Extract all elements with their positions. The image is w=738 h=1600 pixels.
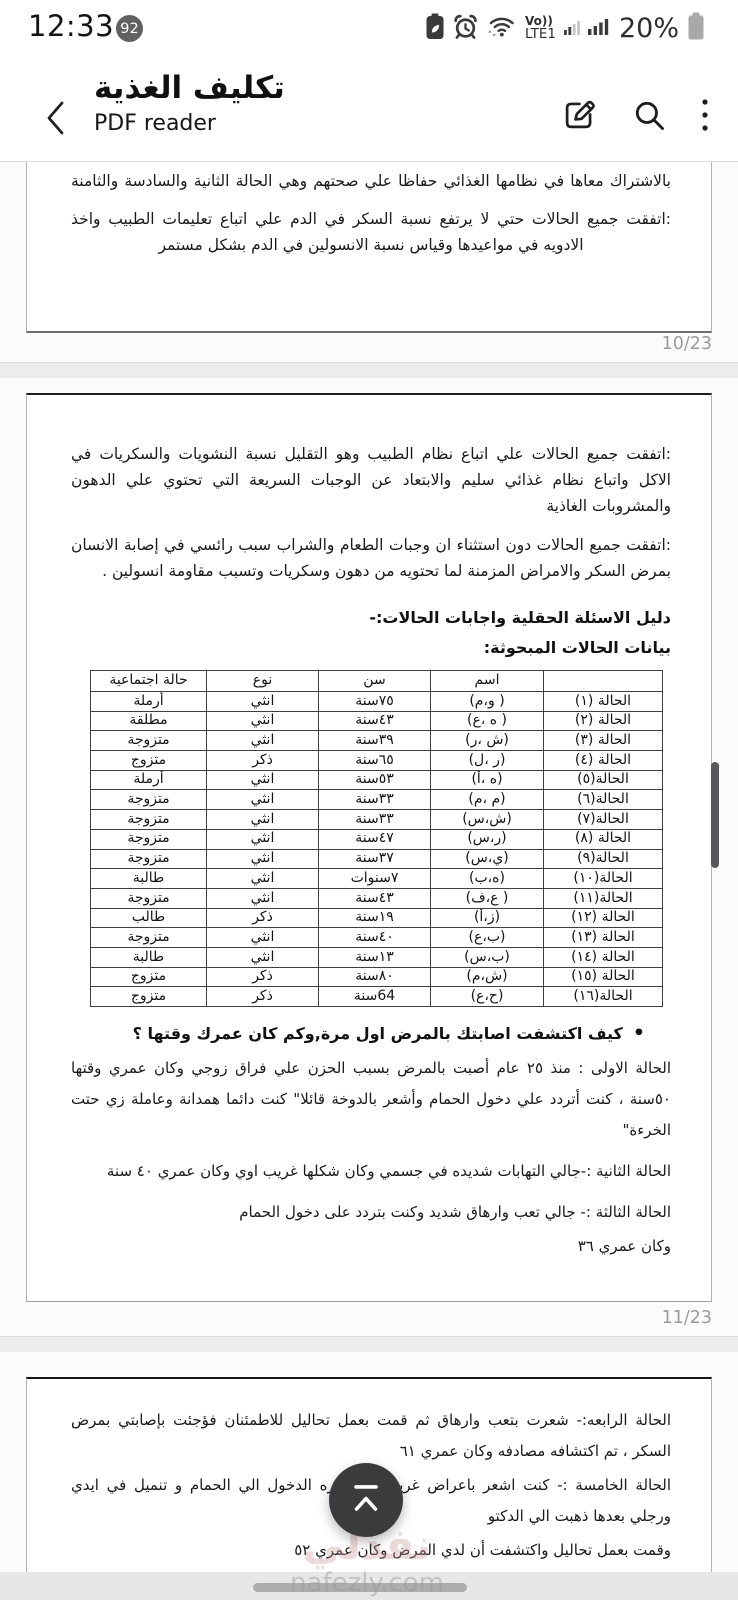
app-bar-actions bbox=[560, 96, 710, 134]
paragraph: الحالة الرابعه:- شعرت بتعب وارهاق ثم قمت… bbox=[71, 1405, 671, 1467]
table-cell: متزوجة bbox=[91, 928, 207, 948]
table-row: الحالة(٧)(ش،س)٣٣سنةانثيمتزوجة bbox=[91, 810, 663, 830]
page-number-indicator: 11/23 bbox=[662, 1308, 712, 1328]
table-cell: (ز،أ) bbox=[431, 908, 544, 928]
wifi-icon bbox=[486, 12, 517, 44]
table-cell: أرملة bbox=[91, 770, 207, 790]
table-cell: ٣٩سنة bbox=[319, 731, 431, 751]
table-row: الحالة (١٤)(ب،س)١٣سنةانثيطالبة bbox=[91, 947, 663, 967]
answer-paragraph: الحالة الثالثة :- جالي تعب وارهاق شديد و… bbox=[71, 1197, 671, 1228]
table-row: الحالة (٣)(ش ،ر)٣٩سنةانثيمتزوجة bbox=[91, 731, 663, 751]
paragraph: بالاشتراك معاها في نظامها الغذائي حفاظا … bbox=[71, 168, 671, 194]
table-cell: طالبة bbox=[91, 869, 207, 889]
table-row: الحالة (١٥)(ش،م)٨٠سنةذكرمتزوج bbox=[91, 967, 663, 987]
table-cell: ٣٣سنة bbox=[319, 810, 431, 830]
paragraph: وقمت بعمل تحاليل واكتشفت أن لدي المرض وك… bbox=[71, 1537, 671, 1563]
page-separator bbox=[0, 362, 738, 378]
table-cell: متزوج bbox=[91, 987, 207, 1007]
table-cell: ( ع،ف) bbox=[431, 888, 544, 908]
table-cell: انثي bbox=[207, 711, 319, 731]
table-cell: الحالة (٤) bbox=[544, 751, 663, 771]
table-cell: انثي bbox=[207, 947, 319, 967]
table-cell: الحالة (٨) bbox=[544, 829, 663, 849]
paragraph: :اتفقت جميع الحالات دون استثناء ان وجبات… bbox=[71, 532, 671, 584]
table-cell: انثي bbox=[207, 770, 319, 790]
overflow-menu-button[interactable] bbox=[700, 96, 710, 134]
status-bar: 12:33 92 Vo) bbox=[0, 0, 738, 56]
phone-screen: 12:33 92 Vo) bbox=[0, 0, 738, 1600]
table-cell: ٦٥سنة bbox=[319, 751, 431, 771]
table-row: الحالة (٤)(ر ،ل)٦٥سنةذكرمتزوج bbox=[91, 751, 663, 771]
scroll-to-top-icon bbox=[347, 1480, 385, 1520]
answer-paragraph: وكان عمري ٣٦ bbox=[71, 1231, 671, 1262]
table-cell: (ش،م) bbox=[431, 967, 544, 987]
table-cell: انثي bbox=[207, 692, 319, 712]
table-header-cell: اسم bbox=[431, 671, 544, 692]
table-row: الحالة(٥)(ه ،أ)٥٣سنةانثيأرملة bbox=[91, 770, 663, 790]
table-cell: انثي bbox=[207, 869, 319, 889]
back-button[interactable] bbox=[38, 96, 74, 144]
document-title: تكليف الغذية bbox=[94, 68, 285, 108]
table-cell: متزوجة bbox=[91, 888, 207, 908]
table-row: الحالة (١٣)(ب،ع)٤٠سنةانثيمتزوجة bbox=[91, 928, 663, 948]
search-button[interactable] bbox=[631, 97, 667, 133]
table-cell: (ه،ب) bbox=[431, 869, 544, 889]
battery-icon bbox=[686, 11, 706, 45]
table-cell: متزوجة bbox=[91, 810, 207, 830]
section-heading: دليل الاسئلة الحقلية واجابات الحالات:- bbox=[71, 608, 671, 627]
table-cell: متزوج bbox=[91, 967, 207, 987]
table-cell: ٤٠سنة bbox=[319, 928, 431, 948]
volte-label: Vo)) bbox=[525, 15, 553, 27]
table-cell: متزوجة bbox=[91, 849, 207, 869]
table-cell: انثي bbox=[207, 849, 319, 869]
table-cell: انثي bbox=[207, 928, 319, 948]
bottom-scroll-pill bbox=[253, 1583, 467, 1592]
table-row: الحالة (١٢)(ز،أ)١٩سنةذكرطالب bbox=[91, 908, 663, 928]
table-cell: ( ه ،ع) bbox=[431, 711, 544, 731]
table-cell: ذكر bbox=[207, 751, 319, 771]
table-cell: ٤٣سنة bbox=[319, 888, 431, 908]
table-cell: انثي bbox=[207, 790, 319, 810]
table-cell: الحالة(٦) bbox=[544, 790, 663, 810]
scrollbar-thumb[interactable] bbox=[711, 762, 719, 868]
table-cell: ( و،م) bbox=[431, 692, 544, 712]
question-line: • كيف اكتشفت اصابتك بالمرض اول مرة,وكم ك… bbox=[71, 1024, 645, 1043]
app-name: PDF reader bbox=[94, 111, 285, 136]
table-header-row: اسم سن نوع حالة اجتماعية bbox=[91, 671, 663, 692]
table-cell: ٣٧سنة bbox=[319, 849, 431, 869]
status-icons: Vo)) LTE1 20% bbox=[425, 11, 706, 45]
bullet-icon: • bbox=[633, 1024, 645, 1043]
table-cell: (ح،ع) bbox=[431, 987, 544, 1007]
back-icon bbox=[41, 129, 71, 144]
pdf-page-11: :اتفقت جميع الحالات علي اتباع نظام الطبي… bbox=[26, 393, 712, 1302]
table-header-cell: نوع bbox=[207, 671, 319, 692]
table-cell: ٧٥سنة bbox=[319, 692, 431, 712]
table-cell: الحالة(١١) bbox=[544, 888, 663, 908]
table-cell: (ر ،ل) bbox=[431, 751, 544, 771]
battery-saver-icon bbox=[425, 13, 445, 44]
table-cell: الحالة(٥) bbox=[544, 770, 663, 790]
paragraph: :اتفقت جميع الحالات علي اتباع نظام الطبي… bbox=[71, 441, 671, 519]
table-cell: (ب،س) bbox=[431, 947, 544, 967]
search-icon bbox=[631, 122, 667, 137]
table-header-cell: حالة اجتماعية bbox=[91, 671, 207, 692]
table-cell: متزوجة bbox=[91, 731, 207, 751]
edit-icon bbox=[560, 123, 598, 138]
table-cell: متزوج bbox=[91, 751, 207, 771]
scroll-to-top-button[interactable] bbox=[329, 1463, 403, 1537]
notification-count-badge: 92 bbox=[116, 15, 143, 42]
pdf-page-10: بالاشتراك معاها في نظامها الغذائي حفاظا … bbox=[26, 162, 712, 333]
table-cell: (ب،ع) bbox=[431, 928, 544, 948]
table-cell: ٤٧سنة bbox=[319, 829, 431, 849]
table-cell: (م ،م) bbox=[431, 790, 544, 810]
table-cell: الحالة(١٦) bbox=[544, 987, 663, 1007]
table-row: الحالة(٦)(م ،م)٣٣سنةانثيمتزوجة bbox=[91, 790, 663, 810]
table-cell: (ش ،ر) bbox=[431, 731, 544, 751]
table-cell: الحالة (٣) bbox=[544, 731, 663, 751]
table-cell: الحالة(٩) bbox=[544, 849, 663, 869]
table-cell: أرملة bbox=[91, 692, 207, 712]
table-header-cell bbox=[544, 671, 663, 692]
table-row: الحالة(٩)(ي،س)٣٧سنةانثيمتزوجة bbox=[91, 849, 663, 869]
table-row: الحالة(١١)( ع،ف)٤٣سنةانثيمتزوجة bbox=[91, 888, 663, 908]
table-cell: انثي bbox=[207, 829, 319, 849]
table-cell: ١٩سنة bbox=[319, 908, 431, 928]
page-number-indicator: 10/23 bbox=[662, 334, 712, 354]
signal-icon bbox=[588, 16, 610, 40]
table-cell: الحالة(١٠) bbox=[544, 869, 663, 889]
table-cell: ٨٠سنة bbox=[319, 967, 431, 987]
question-text: كيف اكتشفت اصابتك بالمرض اول مرة,وكم كان… bbox=[133, 1024, 623, 1043]
table-cell: الحالة (١٣) bbox=[544, 928, 663, 948]
table-cell: ذكر bbox=[207, 967, 319, 987]
table-cell: ٣٣سنة bbox=[319, 790, 431, 810]
table-cell: الحالة (١٥) bbox=[544, 967, 663, 987]
table-cell: 64سنة bbox=[319, 987, 431, 1007]
cases-table: اسم سن نوع حالة اجتماعية الحالة (١)( و،م… bbox=[90, 670, 663, 1007]
table-cell: ٧سنوات bbox=[319, 869, 431, 889]
answer-paragraph: الحالة الثانية :-جالي التهابات شديده في … bbox=[71, 1156, 671, 1187]
table-row: الحالة(١٦)(ح،ع)64سنةذكرمتزوج bbox=[91, 987, 663, 1007]
table-cell: (ي،س) bbox=[431, 849, 544, 869]
page-separator bbox=[0, 1336, 738, 1352]
table-cell: ٤٣سنة bbox=[319, 711, 431, 731]
battery-percent: 20% bbox=[619, 13, 679, 44]
cases-table-body: الحالة (١)( و،م)٧٥سنةانثيأرملةالحالة (٢)… bbox=[91, 692, 663, 1007]
lte-label: LTE1 bbox=[525, 28, 556, 42]
table-cell: الحالة (١) bbox=[544, 692, 663, 712]
table-header-cell: سن bbox=[319, 671, 431, 692]
section-subheading: بيانات الحالات المبحوثة: bbox=[71, 638, 671, 657]
paragraph: :اتفقت جميع الحالات حتي لا يرتفع نسبة ال… bbox=[71, 206, 671, 258]
table-cell: متزوجة bbox=[91, 790, 207, 810]
table-cell: ذكر bbox=[207, 908, 319, 928]
document-titles: تكليف الغذية PDF reader bbox=[94, 68, 285, 136]
table-cell: انثي bbox=[207, 731, 319, 751]
volte-signal-icon bbox=[564, 16, 581, 40]
table-cell: انثي bbox=[207, 810, 319, 830]
table-cell: مطلقة bbox=[91, 711, 207, 731]
table-row: الحالة (١)( و،م)٧٥سنةانثيأرملة bbox=[91, 692, 663, 712]
table-cell: (ر،س) bbox=[431, 829, 544, 849]
table-cell: ذكر bbox=[207, 987, 319, 1007]
status-time: 12:33 bbox=[28, 9, 114, 43]
table-cell: (ه ،أ) bbox=[431, 770, 544, 790]
table-cell: طالب bbox=[91, 908, 207, 928]
edit-button[interactable] bbox=[560, 96, 598, 134]
table-cell: متزوجة bbox=[91, 829, 207, 849]
table-cell: الحالة (١٢) bbox=[544, 908, 663, 928]
table-cell: ١٣سنة bbox=[319, 947, 431, 967]
answer-paragraph: الحالة الاولى : منذ ٢٥ عام أصبت بالمرض ب… bbox=[71, 1053, 671, 1146]
overflow-menu-icon bbox=[700, 123, 710, 138]
table-row: الحالة (٢)( ه ،ع)٤٣سنةانثيمطلقة bbox=[91, 711, 663, 731]
table-cell: انثي bbox=[207, 888, 319, 908]
table-cell: طالبة bbox=[91, 947, 207, 967]
app-bar: تكليف الغذية PDF reader bbox=[0, 56, 738, 162]
table-cell: ٥٣سنة bbox=[319, 770, 431, 790]
table-cell: الحالة (١٤) bbox=[544, 947, 663, 967]
alarm-icon bbox=[452, 13, 479, 44]
volte-indicator: Vo)) LTE1 bbox=[525, 15, 556, 42]
table-row: الحالة(١٠)(ه،ب)٧سنواتانثيطالبة bbox=[91, 869, 663, 889]
table-cell: (ش،س) bbox=[431, 810, 544, 830]
table-row: الحالة (٨)(ر،س)٤٧سنةانثيمتزوجة bbox=[91, 829, 663, 849]
table-cell: الحالة(٧) bbox=[544, 810, 663, 830]
table-cell: الحالة (٢) bbox=[544, 711, 663, 731]
